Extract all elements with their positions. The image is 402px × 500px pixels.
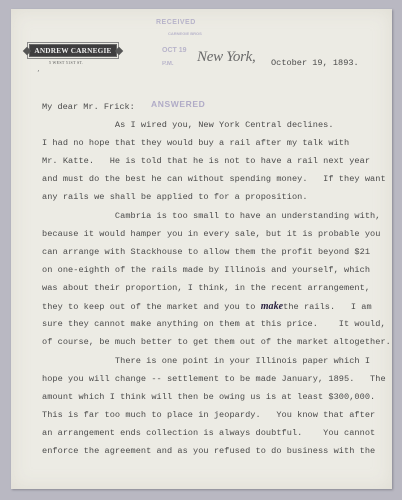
body-line: I had no hope that they would buy a rail…	[42, 138, 349, 148]
letter-page: ANDREW CARNEGIE 5 WEST 51ST ST. RECEIVED…	[11, 9, 392, 489]
body-line: enforce the agreement and as you refused…	[42, 446, 375, 456]
body-line: and must do the best he can without spen…	[42, 174, 386, 184]
body-line: can arrange with Stackhouse to allow the…	[42, 247, 370, 257]
pencil-mark: ,	[37, 66, 41, 73]
handwritten-correction: make	[261, 301, 283, 312]
body-line: on one-eighth of the rails made by Illin…	[42, 265, 370, 275]
body-line: This is far too much to place in jeopard…	[42, 410, 375, 420]
body-line: an arrangement ends collection is always…	[42, 428, 375, 438]
body-line: any rails we shall be applied to for a p…	[42, 192, 308, 202]
body-line: sure they cannot make anything on them a…	[42, 319, 386, 329]
body-line: Cambria is too small to have an understa…	[42, 211, 380, 221]
body-line: because it would hamper you in every sal…	[42, 229, 380, 239]
body-line: was about their proportion, I think, in …	[42, 283, 370, 293]
place-heading: New York,	[197, 49, 255, 66]
body-line-text: they to keep out of the market and you t…	[42, 302, 261, 312]
body-line: Mr. Katte. He is told that he is not to …	[42, 156, 370, 166]
letterhead: ANDREW CARNEGIE 5 WEST 51ST ST.	[23, 37, 123, 67]
letterhead-address: 5 WEST 51ST ST.	[49, 60, 83, 65]
body-line: hope you will change -- settlement to be…	[42, 374, 386, 384]
body-line: There is one point in your Illinois pape…	[42, 356, 370, 366]
salutation: My dear Mr. Frick:	[42, 102, 135, 112]
letterhead-banner: ANDREW CARNEGIE	[29, 44, 117, 57]
body-line: of course, be much better to get them ou…	[42, 337, 391, 347]
received-stamp: RECEIVED	[156, 19, 196, 26]
body-line-tail: the rails. I am	[283, 302, 372, 312]
body-line: they to keep out of the market and you t…	[42, 301, 372, 312]
body-line: amount which I think will then be owing …	[42, 392, 375, 402]
received-stamp-time: P.M.	[162, 61, 174, 67]
letter-date: October 19, 1893.	[271, 58, 359, 68]
answered-stamp: ANSWERED	[151, 99, 205, 109]
received-stamp-date: OCT 19	[162, 47, 187, 54]
received-stamp-sub: CARNEGIE BROS	[168, 31, 202, 36]
body-line: As I wired you, New York Central decline…	[42, 120, 334, 130]
